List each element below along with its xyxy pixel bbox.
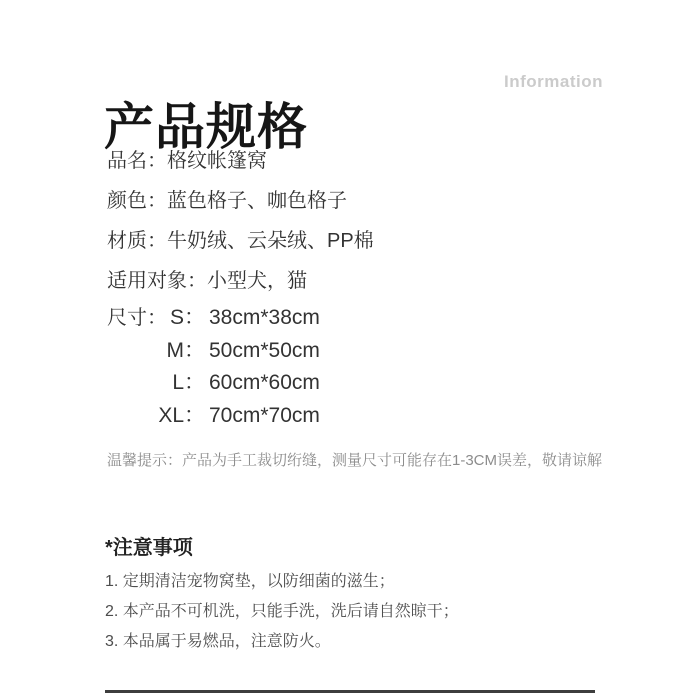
spec-list: 品名：格纹帐篷窝 颜色：蓝色格子、咖色格子 材质：牛奶绒、云朵绒、PP棉 适用对… <box>107 141 374 301</box>
watermark-information: Information <box>504 72 603 92</box>
size-value: 70cm*70cm <box>209 400 320 433</box>
size-section: 尺寸： S： 38cm*38cm M： 50cm*50cm L： 60cm*60… <box>107 302 320 432</box>
size-list: S： 38cm*38cm M： 50cm*50cm L： 60cm*60cm X… <box>151 302 320 432</box>
spec-value: 小型犬，猫 <box>207 270 307 292</box>
spec-value: 蓝色格子、咖色格子 <box>167 190 347 212</box>
notice-list: 1. 定期清洁宠物窝垫，以防细菌的滋生； 2. 本产品不可机洗，只能手洗，洗后请… <box>105 567 459 657</box>
size-row-s: S： 38cm*38cm <box>151 302 320 335</box>
size-name: L： <box>151 367 205 400</box>
size-row-l: L： 60cm*60cm <box>151 367 320 400</box>
spec-label: 品名： <box>107 150 167 172</box>
spec-row-color: 颜色：蓝色格子、咖色格子 <box>107 181 374 221</box>
bottom-divider-bar <box>105 690 595 693</box>
size-row-m: M： 50cm*50cm <box>151 335 320 368</box>
size-value: 38cm*38cm <box>209 302 320 335</box>
size-name: M： <box>151 335 205 368</box>
size-value: 60cm*60cm <box>209 367 320 400</box>
notice-item-1: 1. 定期清洁宠物窝垫，以防细菌的滋生； <box>105 567 459 597</box>
product-spec-page: 产品规格 Information 品名：格纹帐篷窝 颜色：蓝色格子、咖色格子 材… <box>0 0 700 700</box>
spec-value: 牛奶绒、云朵绒、PP棉 <box>167 230 374 252</box>
spec-label: 颜色： <box>107 190 167 212</box>
spec-label: 适用对象： <box>107 270 207 292</box>
size-section-label: 尺寸： <box>107 302 167 335</box>
size-name: XL： <box>151 400 205 433</box>
notice-heading: *注意事项 <box>105 536 193 560</box>
spec-row-material: 材质：牛奶绒、云朵绒、PP棉 <box>107 221 374 261</box>
notice-item-2: 2. 本产品不可机洗，只能手洗，洗后请自然晾干； <box>105 597 459 627</box>
spec-row-target: 适用对象：小型犬，猫 <box>107 261 374 301</box>
warm-tip: 温馨提示：产品为手工裁切绗缝，测量尺寸可能存在1-3CM误差，敬请谅解 <box>107 451 602 470</box>
spec-row-name: 品名：格纹帐篷窝 <box>107 141 374 181</box>
spec-value: 格纹帐篷窝 <box>167 150 267 172</box>
notice-item-3: 3. 本品属于易燃品，注意防火。 <box>105 627 459 657</box>
size-value: 50cm*50cm <box>209 335 320 368</box>
size-row-xl: XL： 70cm*70cm <box>151 400 320 433</box>
spec-label: 材质： <box>107 230 167 252</box>
